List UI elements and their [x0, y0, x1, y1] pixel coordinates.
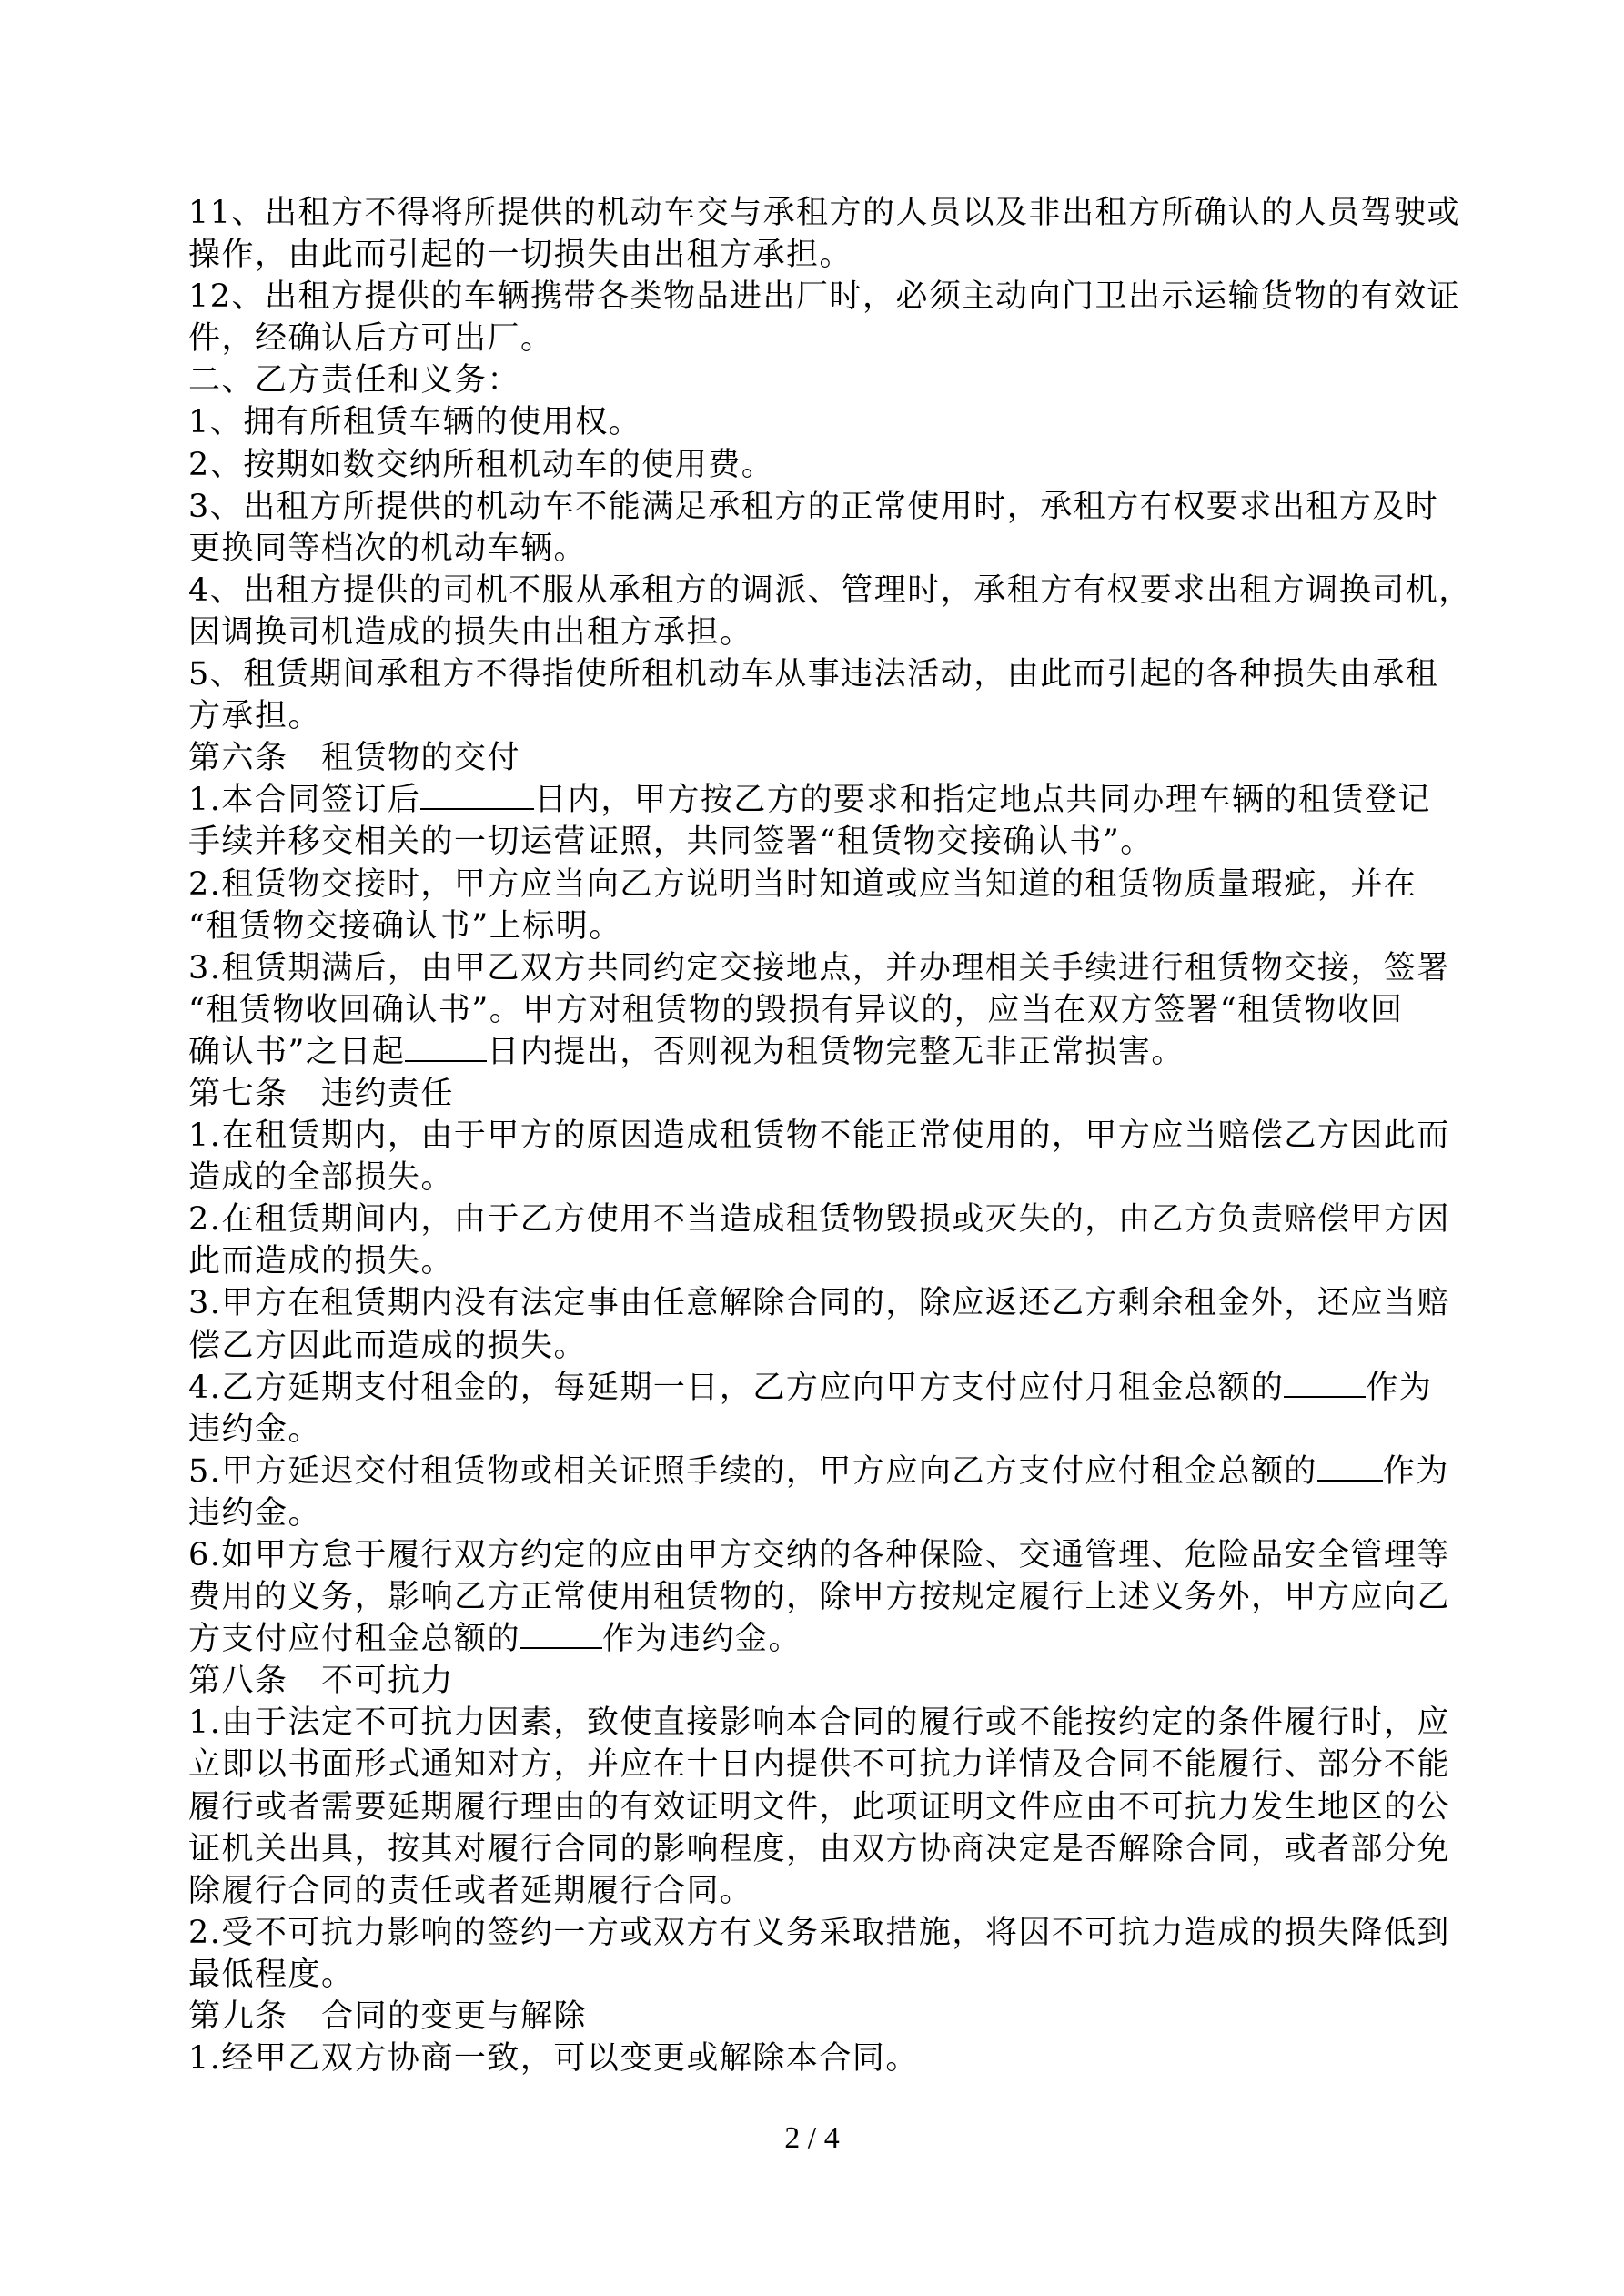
fill-in-blank: [1317, 1452, 1383, 1482]
document-line: 更换同等档次的机动车辆。: [188, 528, 1437, 570]
page-number: 2 / 4: [0, 2120, 1624, 2157]
document-body: 11、出租方不得将所提供的机动车交与承租方的人员以及非出租方所确认的人员驾驶或操…: [188, 192, 1437, 2079]
document-line: 件，经确认后方可出厂。: [188, 318, 1437, 359]
document-line: 3.租赁期满后，由甲乙双方共同约定交接地点，并办理相关手续进行租赁物交接，签署: [188, 947, 1437, 989]
fill-in-blank: [520, 1620, 602, 1649]
document-line: 费用的义务，影响乙方正常使用租赁物的，除甲方按规定履行上述义务外，甲方应向乙: [188, 1576, 1437, 1618]
document-line: “租赁物收回确认书”。甲方对租赁物的毁损有异议的，应当在双方签署“租赁物收回: [188, 989, 1437, 1031]
document-line: 二、乙方责任和义务：: [188, 359, 1437, 401]
document-line: 6.如甲方怠于履行双方约定的应由甲方交纳的各种保险、交通管理、危险品安全管理等: [188, 1534, 1437, 1576]
document-line: 此而造成的损失。: [188, 1240, 1437, 1282]
line-text-before-blank: 4.乙方延期支付租金的，每延期一日，乙方应向甲方支付应付月租金总额的: [188, 1370, 1284, 1406]
line-text-before-blank: 方支付应付租金总额的: [188, 1621, 520, 1657]
document-line: 方承担。: [188, 695, 1437, 737]
document-line: 履行或者需要延期履行理由的有效证明文件，此项证明文件应由不可抗力发生地区的公: [188, 1786, 1437, 1828]
document-line: 操作，由此而引起的一切损失由出租方承担。: [188, 234, 1437, 276]
document-line: 造成的全部损失。: [188, 1157, 1437, 1199]
document-page: 11、出租方不得将所提供的机动车交与承租方的人员以及非出租方所确认的人员驾驶或操…: [0, 0, 1624, 2296]
line-text-before-blank: 1.本合同签订后: [188, 782, 420, 818]
document-line: 最低程度。: [188, 1954, 1437, 1996]
document-line: 立即以书面形式通知对方，并应在十日内提供不可抗力详情及合同不能履行、部分不能: [188, 1744, 1437, 1785]
line-text-after-blank: 作为: [1366, 1370, 1432, 1406]
document-line: 1.本合同签订后日内，甲方按乙方的要求和指定地点共同办理车辆的租赁登记: [188, 779, 1437, 821]
document-line: 3、出租方所提供的机动车不能满足承租方的正常使用时，承租方有权要求出租方及时: [188, 486, 1437, 528]
document-line: 偿乙方因此而造成的损失。: [188, 1325, 1437, 1367]
document-line: 第八条 不可抗力: [188, 1660, 1437, 1702]
line-text-before-blank: 确认书”之日起: [188, 1034, 405, 1070]
document-line: 3.甲方在租赁期内没有法定事由任意解除合同的，除应返还乙方剩余租金外，还应当赔: [188, 1282, 1437, 1324]
line-text-after-blank: 作为违约金。: [602, 1621, 802, 1657]
document-line: 方支付应付租金总额的作为违约金。: [188, 1618, 1437, 1660]
document-line: 违约金。: [188, 1409, 1437, 1451]
line-text-after-blank: 作为: [1383, 1453, 1449, 1490]
document-line: 12、出租方提供的车辆携带各类物品进出厂时，必须主动向门卫出示运输货物的有效证: [188, 276, 1437, 318]
document-line: 证机关出具，按其对履行合同的影响程度，由双方协商决定是否解除合同，或者部分免: [188, 1828, 1437, 1870]
document-line: 第九条 合同的变更与解除: [188, 1996, 1437, 2038]
document-line: 4、出租方提供的司机不服从承租方的调派、管理时，承租方有权要求出租方调换司机，: [188, 570, 1437, 612]
document-line: 4.乙方延期支付租金的，每延期一日，乙方应向甲方支付应付月租金总额的作为: [188, 1367, 1437, 1409]
document-line: 除履行合同的责任或者延期履行合同。: [188, 1870, 1437, 1912]
document-line: 第六条 租赁物的交付: [188, 737, 1437, 779]
document-line: 1.在租赁期内，由于甲方的原因造成租赁物不能正常使用的，甲方应当赔偿乙方因此而: [188, 1115, 1437, 1157]
fill-in-blank: [1284, 1369, 1366, 1398]
document-line: 5、租赁期间承租方不得指使所租机动车从事违法活动，由此而引起的各种损失由承租: [188, 653, 1437, 695]
document-line: 1.由于法定不可抗力因素，致使直接影响本合同的履行或不能按约定的条件履行时，应: [188, 1702, 1437, 1744]
line-text-before-blank: 5.甲方延迟交付租赁物或相关证照手续的，甲方应向乙方支付应付租金总额的: [188, 1453, 1317, 1490]
document-line: 2.在租赁期间内，由于乙方使用不当造成租赁物毁损或灭失的，由乙方负责赔偿甲方因: [188, 1199, 1437, 1240]
document-line: 第七条 违约责任: [188, 1073, 1437, 1115]
fill-in-blank: [420, 781, 534, 810]
document-line: 11、出租方不得将所提供的机动车交与承租方的人员以及非出租方所确认的人员驾驶或: [188, 192, 1437, 234]
document-line: 因调换司机造成的损失由出租方承担。: [188, 612, 1437, 653]
document-line: 5.甲方延迟交付租赁物或相关证照手续的，甲方应向乙方支付应付租金总额的作为: [188, 1451, 1437, 1492]
document-line: 确认书”之日起日内提出，否则视为租赁物完整无非正常损害。: [188, 1031, 1437, 1073]
document-line: 手续并移交相关的一切运营证照，共同签署“租赁物交接确认书”。: [188, 821, 1437, 863]
line-text-after-blank: 日内提出，否则视为租赁物完整无非正常损害。: [487, 1034, 1185, 1070]
document-line: 1、拥有所租赁车辆的使用权。: [188, 401, 1437, 443]
document-line: “租赁物交接确认书”上标明。: [188, 905, 1437, 947]
document-line: 2.受不可抗力影响的签约一方或双方有义务采取措施，将因不可抗力造成的损失降低到: [188, 1912, 1437, 1954]
fill-in-blank: [405, 1033, 487, 1062]
document-line: 2、按期如数交纳所租机动车的使用费。: [188, 444, 1437, 486]
document-line: 1.经甲乙双方协商一致，可以变更或解除本合同。: [188, 2038, 1437, 2079]
document-line: 违约金。: [188, 1492, 1437, 1534]
line-text-after-blank: 日内，甲方按乙方的要求和指定地点共同办理车辆的租赁登记: [534, 782, 1431, 818]
document-line: 2.租赁物交接时，甲方应当向乙方说明当时知道或应当知道的租赁物质量瑕疵，并在: [188, 864, 1437, 905]
